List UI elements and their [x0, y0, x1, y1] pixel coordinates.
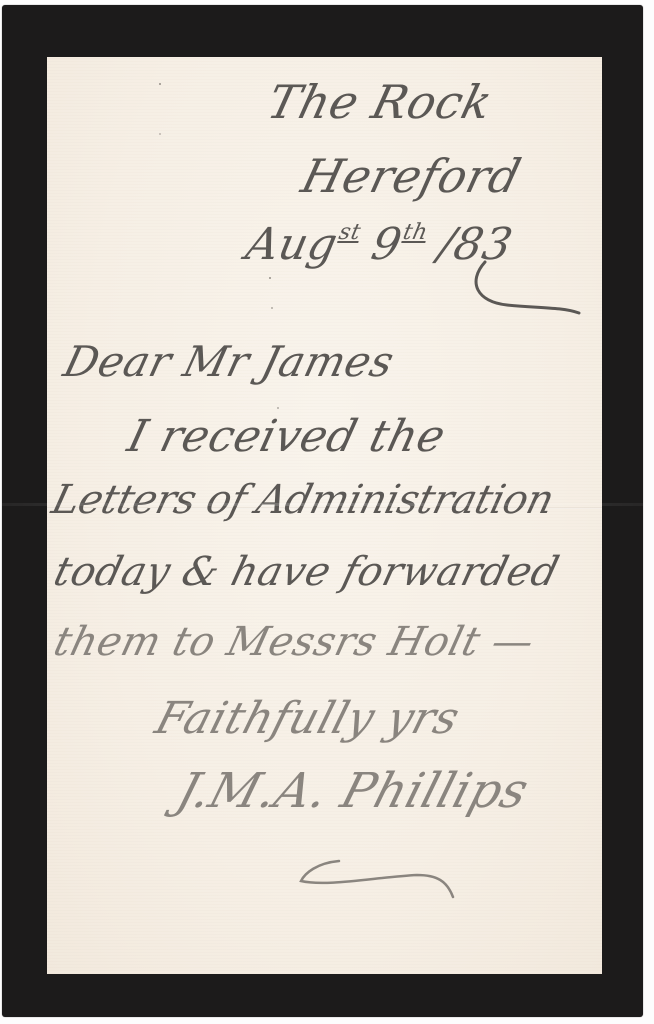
salutation: Dear Mr James	[59, 337, 399, 386]
address-line-1: The Rock	[262, 75, 498, 129]
ink-speck	[277, 407, 279, 409]
signature: J.M.A. Phillips	[171, 763, 535, 819]
signature-flourish-icon	[297, 857, 477, 907]
date-flourish-icon	[467, 257, 587, 317]
body-line-3: today & have forwarded	[49, 549, 563, 595]
date-month: Aug	[242, 219, 343, 270]
date-month-sup: st	[337, 220, 363, 245]
date-day-sup: th	[401, 220, 430, 245]
ink-speck	[269, 277, 271, 279]
body-line-4: them to Messrs Holt —	[49, 619, 539, 665]
scanned-letter-stage: The Rock Hereford Augst 9th /83 Dear Mr …	[0, 0, 654, 1024]
body-line-1: I received the	[123, 411, 451, 462]
letter-paper: The Rock Hereford Augst 9th /83 Dear Mr …	[47, 57, 602, 974]
ink-speck	[271, 307, 273, 309]
closing: Faithfully yrs	[150, 693, 466, 744]
ink-speck	[159, 83, 161, 85]
body-line-2: Letters of Administration	[47, 477, 558, 523]
address-line-2: Hereford	[296, 149, 526, 203]
mourning-border-card: The Rock Hereford Augst 9th /83 Dear Mr …	[2, 5, 643, 1017]
ink-speck	[159, 133, 161, 135]
